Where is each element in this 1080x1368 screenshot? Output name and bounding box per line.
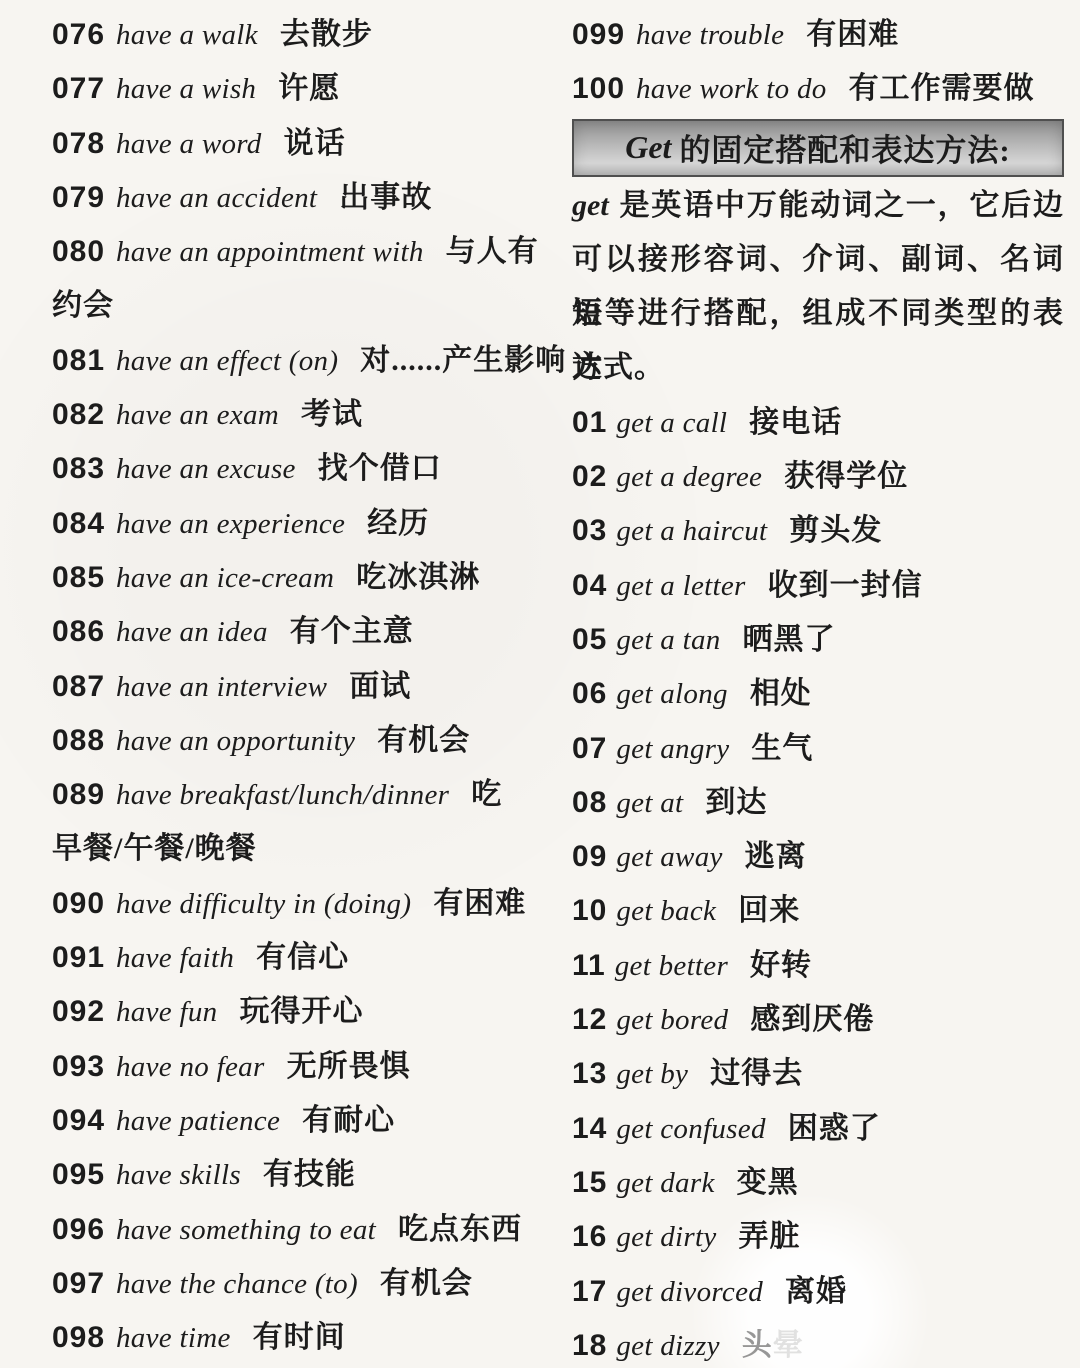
item-phrase: have breakfast/lunch/dinner bbox=[116, 779, 449, 811]
phrase-row-continuation: 早餐/午餐/晚餐 bbox=[52, 822, 524, 876]
item-translation: 考试 bbox=[301, 398, 363, 431]
phrase-row: 089have breakfast/lunch/dinner吃 bbox=[52, 768, 524, 822]
item-phrase: have an excuse bbox=[116, 453, 296, 485]
item-number: 11 bbox=[572, 939, 606, 993]
item-translation: 有困难 bbox=[806, 18, 899, 51]
item-number: 099 bbox=[572, 8, 636, 62]
item-translation: 吃冰淇淋 bbox=[356, 561, 480, 594]
item-number: 05 bbox=[572, 613, 607, 667]
left-column: 076have a walk去散步077have a wish许愿078have… bbox=[52, 8, 524, 1365]
item-number: 14 bbox=[572, 1102, 607, 1156]
item-number: 12 bbox=[572, 993, 607, 1047]
item-phrase: have trouble bbox=[636, 19, 784, 51]
item-number: 079 bbox=[52, 171, 116, 225]
item-translation: 有工作需要做 bbox=[849, 72, 1035, 105]
item-translation: 晒黑了 bbox=[743, 623, 836, 656]
phrase-row: 076have a walk去散步 bbox=[52, 8, 524, 62]
phrase-row: 02get a degree获得学位 bbox=[572, 450, 1064, 504]
item-number: 02 bbox=[572, 450, 607, 504]
phrase-row: 081have an effect (on)对......产生影响 bbox=[52, 334, 524, 388]
item-number: 089 bbox=[52, 768, 116, 822]
item-number: 090 bbox=[52, 877, 116, 931]
item-translation: 经历 bbox=[367, 507, 429, 540]
item-translation: 有信心 bbox=[256, 941, 349, 974]
phrase-row: 079have an accident出事故 bbox=[52, 171, 524, 225]
item-number: 083 bbox=[52, 442, 116, 496]
item-number: 08 bbox=[572, 776, 607, 830]
item-number: 01 bbox=[572, 396, 607, 450]
phrase-row: 097have the chance (to)有机会 bbox=[52, 1257, 524, 1311]
item-translation: 离婚 bbox=[785, 1275, 847, 1308]
phrase-row: 077have a wish许愿 bbox=[52, 62, 524, 116]
item-translation: 困惑了 bbox=[788, 1112, 881, 1145]
item-number: 094 bbox=[52, 1094, 116, 1148]
intro-line: 方式。 bbox=[572, 341, 1064, 395]
item-phrase: get confused bbox=[616, 1113, 765, 1145]
phrase-row: 094have patience有耐心 bbox=[52, 1094, 524, 1148]
item-phrase: have fun bbox=[116, 996, 217, 1028]
phrase-row: 12get bored感到厌倦 bbox=[572, 993, 1064, 1047]
item-translation: 过得去 bbox=[710, 1057, 803, 1090]
item-phrase: get away bbox=[616, 841, 722, 873]
item-number: 082 bbox=[52, 388, 116, 442]
item-translation: 接电话 bbox=[749, 406, 842, 439]
item-phrase: have something to eat bbox=[116, 1214, 376, 1246]
item-number: 078 bbox=[52, 117, 116, 171]
phrase-row: 16get dirty弄脏 bbox=[572, 1210, 1064, 1264]
item-translation: 变黑 bbox=[737, 1166, 799, 1199]
item-number: 03 bbox=[572, 504, 607, 558]
item-translation: 许愿 bbox=[278, 72, 340, 105]
phrase-row: 083have an excuse找个借口 bbox=[52, 442, 524, 496]
item-number: 077 bbox=[52, 62, 116, 116]
item-phrase: have a word bbox=[116, 128, 262, 160]
item-translation: 去散步 bbox=[280, 18, 373, 51]
item-number: 17 bbox=[572, 1265, 607, 1319]
item-phrase: have an interview bbox=[116, 671, 327, 703]
item-phrase: have a walk bbox=[116, 19, 258, 51]
item-number: 092 bbox=[52, 985, 116, 1039]
item-phrase: have faith bbox=[116, 942, 234, 974]
item-phrase: have time bbox=[116, 1322, 231, 1354]
item-number: 096 bbox=[52, 1203, 116, 1257]
item-phrase: have work to do bbox=[636, 73, 827, 105]
item-translation: 吃 bbox=[471, 778, 502, 811]
intro-lead-word: get bbox=[572, 189, 609, 222]
item-phrase: have an ice-cream bbox=[116, 562, 334, 594]
item-phrase: get a haircut bbox=[616, 515, 767, 547]
item-phrase: get back bbox=[616, 895, 716, 927]
item-number: 095 bbox=[52, 1148, 116, 1202]
item-phrase: get better bbox=[615, 950, 728, 982]
phrase-row: 084have an experience经历 bbox=[52, 497, 524, 551]
item-number: 084 bbox=[52, 497, 116, 551]
phrase-row: 100have work to do有工作需要做 bbox=[572, 62, 1064, 116]
item-translation-faded-part: 晕 bbox=[773, 1329, 804, 1362]
phrase-row: 078have a word说话 bbox=[52, 117, 524, 171]
item-number: 087 bbox=[52, 660, 116, 714]
item-number: 098 bbox=[52, 1311, 116, 1365]
item-phrase: have an exam bbox=[116, 399, 279, 431]
item-translation: 头晕 bbox=[742, 1329, 804, 1362]
item-translation: 有技能 bbox=[263, 1158, 356, 1191]
item-number: 080 bbox=[52, 225, 116, 279]
item-phrase: have skills bbox=[116, 1159, 241, 1191]
item-number: 100 bbox=[572, 62, 636, 116]
item-translation: 收到一封信 bbox=[768, 569, 923, 602]
intro-line: get是英语中万能动词之一，它后边 bbox=[572, 179, 1064, 233]
phrase-row-continuation: 约会 bbox=[52, 279, 524, 333]
item-translation: 到达 bbox=[705, 786, 767, 819]
item-translation: 有时间 bbox=[253, 1321, 346, 1354]
item-phrase: have the chance (to) bbox=[116, 1268, 358, 1300]
item-phrase: have an idea bbox=[116, 616, 268, 648]
item-translation: 与人有 bbox=[446, 235, 539, 268]
item-phrase: have an effect (on) bbox=[116, 345, 338, 377]
phrase-row: 09get away逃离 bbox=[572, 830, 1064, 884]
intro-line: 可以接形容词、介词、副词、名词短 bbox=[572, 233, 1064, 287]
phrase-row: 098have time有时间 bbox=[52, 1311, 524, 1365]
item-number: 081 bbox=[52, 334, 116, 388]
phrase-row: 093have no fear无所畏惧 bbox=[52, 1040, 524, 1094]
item-translation-faded-part: 头 bbox=[742, 1329, 773, 1362]
item-phrase: get divorced bbox=[616, 1276, 763, 1308]
phrase-row: 10get back回来 bbox=[572, 884, 1064, 938]
item-translation-continued: 约会 bbox=[52, 289, 114, 322]
item-number: 06 bbox=[572, 667, 607, 721]
item-phrase: get a call bbox=[616, 407, 727, 439]
phrase-row: 082have an exam考试 bbox=[52, 388, 524, 442]
item-number: 085 bbox=[52, 551, 116, 605]
item-number: 076 bbox=[52, 8, 116, 62]
phrase-row: 096have something to eat吃点东西 bbox=[52, 1203, 524, 1257]
section-header: Get 的固定搭配和表达方法: bbox=[572, 119, 1064, 177]
item-number: 13 bbox=[572, 1047, 607, 1101]
item-number: 09 bbox=[572, 830, 607, 884]
item-translation: 回来 bbox=[738, 894, 800, 927]
item-phrase: have a wish bbox=[116, 73, 256, 105]
item-translation: 有机会 bbox=[380, 1267, 473, 1300]
item-translation: 说话 bbox=[284, 127, 346, 160]
item-translation: 有个主意 bbox=[290, 615, 414, 648]
item-phrase: have an accident bbox=[116, 182, 317, 214]
section-header-lead: Get bbox=[625, 129, 671, 166]
phrase-row: 086have an idea有个主意 bbox=[52, 605, 524, 659]
item-phrase: have an appointment with bbox=[116, 236, 424, 268]
item-phrase: get bored bbox=[616, 1004, 728, 1036]
item-translation: 有困难 bbox=[433, 887, 526, 920]
phrase-row: 088have an opportunity有机会 bbox=[52, 714, 524, 768]
item-translation: 面试 bbox=[349, 670, 411, 703]
right-column: 099have trouble有困难100have work to do有工作需… bbox=[572, 8, 1064, 1368]
item-phrase: get dark bbox=[616, 1167, 714, 1199]
phrase-row: 080have an appointment with与人有 bbox=[52, 225, 524, 279]
item-phrase: have difficulty in (doing) bbox=[116, 888, 411, 920]
phrase-row: 17get divorced离婚 bbox=[572, 1265, 1064, 1319]
right-pre-list: 099have trouble有困难100have work to do有工作需… bbox=[572, 8, 1064, 117]
item-translation: 弄脏 bbox=[739, 1220, 801, 1253]
item-phrase: have an experience bbox=[116, 508, 345, 540]
item-translation: 逃离 bbox=[745, 840, 807, 873]
phrase-row: 04get a letter收到一封信 bbox=[572, 559, 1064, 613]
phrase-row: 05get a tan晒黑了 bbox=[572, 613, 1064, 667]
item-number: 04 bbox=[572, 559, 607, 613]
item-phrase: get a letter bbox=[616, 570, 745, 602]
item-phrase: get dizzy bbox=[616, 1330, 719, 1362]
item-phrase: get by bbox=[616, 1058, 688, 1090]
item-number: 18 bbox=[572, 1319, 607, 1368]
intro-paragraph: get是英语中万能动词之一，它后边可以接形容词、介词、副词、名词短语等进行搭配，… bbox=[572, 179, 1064, 396]
item-translation: 生气 bbox=[751, 732, 813, 765]
item-translation: 相处 bbox=[750, 677, 812, 710]
phrase-row: 06get along相处 bbox=[572, 667, 1064, 721]
item-translation: 有机会 bbox=[377, 724, 470, 757]
phrase-row: 08get at到达 bbox=[572, 776, 1064, 830]
item-number: 07 bbox=[572, 722, 607, 776]
phrase-row: 091have faith有信心 bbox=[52, 931, 524, 985]
phrase-row: 18get dizzy头晕 bbox=[572, 1319, 1064, 1368]
item-number: 10 bbox=[572, 884, 607, 938]
item-translation: 获得学位 bbox=[784, 460, 908, 493]
phrase-row: 085have an ice-cream吃冰淇淋 bbox=[52, 551, 524, 605]
item-translation: 找个借口 bbox=[318, 452, 442, 485]
item-number: 088 bbox=[52, 714, 116, 768]
phrase-row: 090have difficulty in (doing)有困难 bbox=[52, 877, 524, 931]
item-number: 091 bbox=[52, 931, 116, 985]
item-phrase: get at bbox=[616, 787, 683, 819]
phrase-row: 087have an interview面试 bbox=[52, 660, 524, 714]
item-translation: 感到厌倦 bbox=[750, 1003, 874, 1036]
item-phrase: get a tan bbox=[616, 624, 720, 656]
phrase-row: 14get confused困惑了 bbox=[572, 1102, 1064, 1156]
phrase-row: 11get better好转 bbox=[572, 939, 1064, 993]
intro-line: 语等进行搭配，组成不同类型的表达 bbox=[572, 287, 1064, 341]
item-number: 086 bbox=[52, 605, 116, 659]
page: { "page": { "background": "#f7f5f1", "te… bbox=[0, 0, 1080, 1368]
phrase-row: 095have skills有技能 bbox=[52, 1148, 524, 1202]
item-phrase: have an opportunity bbox=[116, 725, 355, 757]
item-translation: 剪头发 bbox=[789, 514, 882, 547]
phrase-row: 092have fun玩得开心 bbox=[52, 985, 524, 1039]
item-number: 093 bbox=[52, 1040, 116, 1094]
item-translation: 无所畏惧 bbox=[287, 1050, 411, 1083]
item-translation: 出事故 bbox=[339, 181, 432, 214]
phrase-row: 099have trouble有困难 bbox=[572, 8, 1064, 62]
item-number: 097 bbox=[52, 1257, 116, 1311]
item-phrase: get along bbox=[616, 678, 727, 710]
item-phrase: have patience bbox=[116, 1105, 280, 1137]
item-number: 16 bbox=[572, 1210, 607, 1264]
item-translation: 玩得开心 bbox=[239, 995, 363, 1028]
phrase-row: 15get dark变黑 bbox=[572, 1156, 1064, 1210]
item-translation: 吃点东西 bbox=[398, 1213, 522, 1246]
item-translation: 有耐心 bbox=[302, 1104, 395, 1137]
phrase-row: 07get angry生气 bbox=[572, 722, 1064, 776]
phrase-row: 03get a haircut剪头发 bbox=[572, 504, 1064, 558]
phrase-row: 01get a call接电话 bbox=[572, 396, 1064, 450]
item-phrase: get dirty bbox=[616, 1221, 716, 1253]
phrase-row: 13get by过得去 bbox=[572, 1047, 1064, 1101]
item-phrase: get angry bbox=[616, 733, 729, 765]
section-header-title: 的固定搭配和表达方法: bbox=[679, 125, 1010, 170]
item-translation: 对......产生影响 bbox=[360, 344, 566, 377]
item-phrase: get a degree bbox=[616, 461, 762, 493]
item-translation-continued: 早餐/午餐/晚餐 bbox=[52, 832, 257, 865]
item-number: 15 bbox=[572, 1156, 607, 1210]
item-translation: 好转 bbox=[750, 949, 812, 982]
item-phrase: have no fear bbox=[116, 1051, 265, 1083]
get-phrase-list: 01get a call接电话02get a degree获得学位03get a… bbox=[572, 396, 1064, 1368]
